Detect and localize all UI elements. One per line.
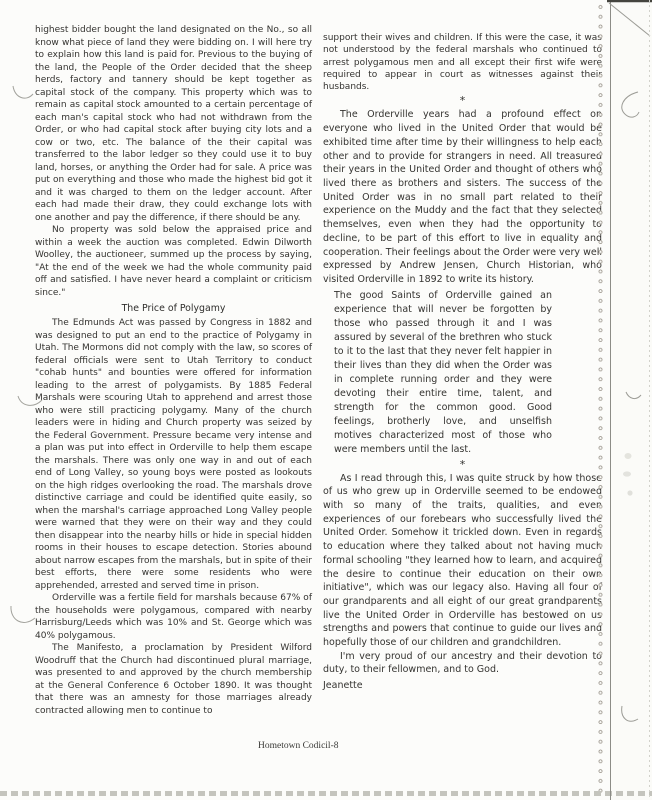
asterisk-separator-1: * xyxy=(323,95,602,107)
paragraph-auction-summary: No property was sold below the appraised… xyxy=(35,224,312,299)
paragraph-reflection-legacy: As I read through this, I was quite stru… xyxy=(323,472,602,650)
right-column: support their wives and children. If thi… xyxy=(323,32,602,693)
signature-jeanette: Jeanette xyxy=(323,679,602,693)
paragraph-polygamy-statistics: Orderville was a fertile field for marsh… xyxy=(35,592,312,642)
paragraph-pride-closing: I'm very proud of our ancestry and their… xyxy=(323,650,602,677)
paragraph-edmunds-act: The Edmunds Act was passed by Congress i… xyxy=(35,317,312,592)
scanned-page: highest bidder bought the land designate… xyxy=(0,0,652,800)
bottom-perforation-line xyxy=(0,791,652,796)
section-heading-price-of-polygamy: The Price of Polygamy xyxy=(35,302,312,315)
left-column: highest bidder bought the land designate… xyxy=(35,24,312,717)
andrew-jensen-quote: The good Saints of Orderville gained an … xyxy=(334,289,552,457)
paragraph-manifesto: The Manifesto, a proclamation by Preside… xyxy=(35,642,312,717)
paragraph-orderville-years: The Orderville years had a profound effe… xyxy=(323,108,602,286)
paragraph-marshals-continued: support their wives and children. If thi… xyxy=(323,32,602,93)
paragraph-land-auction: highest bidder bought the land designate… xyxy=(35,24,312,224)
page-edge-strip xyxy=(611,0,652,800)
binding-perforation-dots xyxy=(596,2,605,794)
curl-mark-left-1 xyxy=(13,86,33,98)
page-footer: Hometown Codicil-8 xyxy=(258,741,338,751)
curl-mark-left-3 xyxy=(11,606,35,622)
asterisk-separator-2: * xyxy=(323,459,602,471)
